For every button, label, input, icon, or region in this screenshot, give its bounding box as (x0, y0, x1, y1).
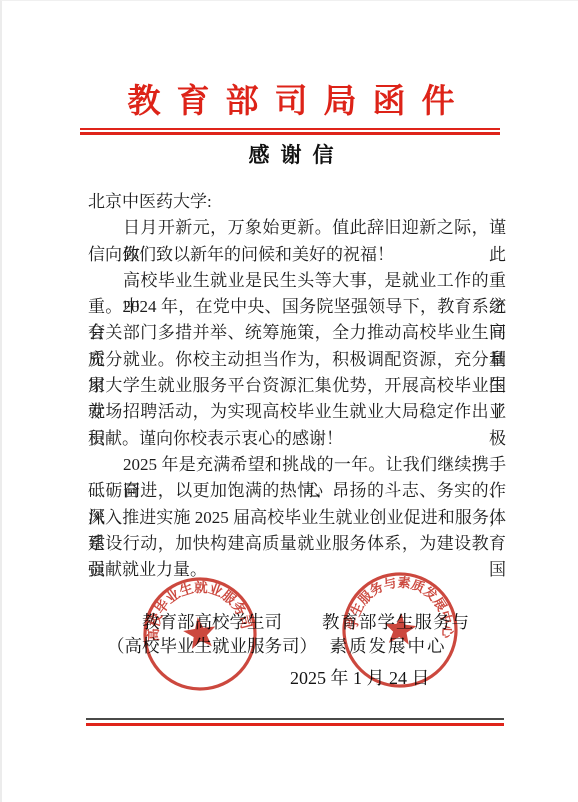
official-seal-left: 高校毕业生就业服务司 (133, 567, 266, 700)
body-line: 砥砺奋进，以更加饱满的热情、昂扬的斗志、务实的作风， (88, 478, 506, 504)
body-line: 重。2024 年，在党中央、国务院坚强领导下，教育系统会同 (88, 294, 506, 320)
star-icon (182, 615, 218, 650)
body-line: 专场招聘活动，为实现高校毕业生就业大局稳定作出了积极 (88, 399, 506, 425)
body-line: 高校毕业生就业是民生头等大事，是就业工作的重中之 (88, 268, 506, 294)
official-seal-right: 学生服务与素质发展中心 (335, 565, 465, 695)
letter-page: 教育部司局函件 感谢信 北京中医药大学: 日月开新元，万象始更新。值此辞旧迎新之… (0, 0, 578, 802)
salutation: 北京中医药大学: (88, 189, 506, 215)
letterhead-rule-thin (80, 128, 500, 130)
body-line: 有关部门多措并举、统筹施策，全力推动高校毕业生高质量 (88, 320, 506, 346)
body-line: 深入推进实施 2025 届高校毕业生就业创业促进和服务体系 (88, 505, 506, 531)
body-line: 2025 年是充满希望和挑战的一年。让我们继续携手同心、 (88, 452, 506, 478)
letter-body: 北京中医药大学: 日月开新元，万象始更新。值此辞旧迎新之际，谨致此 信向你们致以… (88, 189, 506, 583)
body-line: 充分就业。你校主动担当作为，积极调配资源，充分利用国 (88, 347, 506, 373)
letterhead-rule-thick (80, 132, 500, 135)
body-line: 建设行动，加快构建高质量就业服务体系，为建设教育强国 (88, 531, 506, 557)
footer-rule-red (86, 723, 504, 726)
body-line: 日月开新元，万象始更新。值此辞旧迎新之际，谨致此 (88, 215, 506, 241)
footer-rule (86, 718, 504, 726)
letterhead-double-rule (80, 128, 500, 135)
letterhead-title: 教育部司局函件 (2, 75, 578, 122)
star-icon (383, 612, 418, 646)
footer-rule-dark (86, 718, 504, 720)
body-line: 家大学生就业服务平台资源汇集优势，开展高校毕业生就业 (88, 373, 506, 399)
letter-heading: 感谢信 (2, 139, 578, 169)
